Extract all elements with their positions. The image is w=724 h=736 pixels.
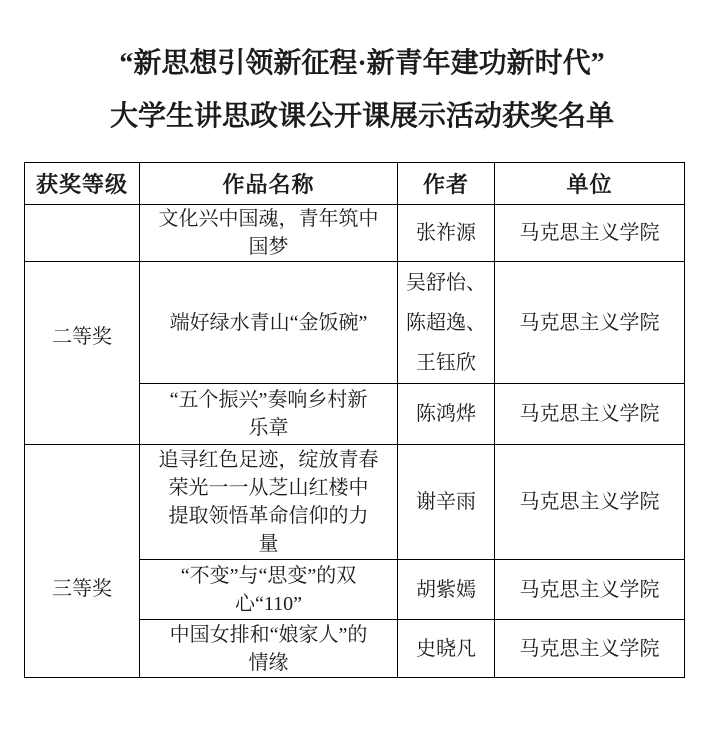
author-cell: 史晓凡 (398, 620, 495, 678)
col-header-unit: 单位 (495, 163, 685, 205)
col-header-work-title: 作品名称 (140, 163, 398, 205)
award-level-cell-second-prize: 二等奖 (25, 262, 140, 445)
unit-cell: 马克思主义学院 (495, 620, 685, 678)
title-line-2: 大学生讲思政课公开课展示活动获奖名单 (0, 90, 724, 143)
author-cell: 陈鸿烨 (398, 384, 495, 445)
unit-cell: 马克思主义学院 (495, 560, 685, 620)
document-title: “新思想引领新征程·新青年建功新时代” 大学生讲思政课公开课展示活动获奖名单 (0, 37, 724, 143)
author-cell: 吴舒怡、 陈超逸、 王钰欣 (398, 262, 495, 384)
table-row: 三等奖 追寻红色足迹，绽放青春 荣光一一从芝山红楼中 提取领悟革命信仰的力 量 … (25, 445, 685, 560)
col-header-author: 作者 (398, 163, 495, 205)
unit-cell: 马克思主义学院 (495, 205, 685, 262)
unit-cell: 马克思主义学院 (495, 445, 685, 560)
work-title-cell: 追寻红色足迹，绽放青春 荣光一一从芝山红楼中 提取领悟革命信仰的力 量 (140, 445, 398, 560)
award-table: 获奖等级 作品名称 作者 单位 文化兴中国魂，青年筑中 国梦 张祚源 马克思主义… (24, 162, 685, 678)
work-title-cell: 文化兴中国魂，青年筑中 国梦 (140, 205, 398, 262)
author-cell: 胡紫嫣 (398, 560, 495, 620)
author-cell: 谢辛雨 (398, 445, 495, 560)
work-title-cell: 端好绿水青山“金饭碗” (140, 262, 398, 384)
award-level-cell-empty (25, 205, 140, 262)
col-header-award-level: 获奖等级 (25, 163, 140, 205)
title-line-1: “新思想引领新征程·新青年建功新时代” (0, 37, 724, 90)
table-row: 文化兴中国魂，青年筑中 国梦 张祚源 马克思主义学院 (25, 205, 685, 262)
work-title-cell: 中国女排和“娘家人”的 情缘 (140, 620, 398, 678)
unit-cell: 马克思主义学院 (495, 384, 685, 445)
work-title-cell: “不变”与“思变”的双 心“110” (140, 560, 398, 620)
author-cell: 张祚源 (398, 205, 495, 262)
award-level-cell-third-prize: 三等奖 (25, 445, 140, 678)
work-title-cell: “五个振兴”奏响乡村新 乐章 (140, 384, 398, 445)
unit-cell: 马克思主义学院 (495, 262, 685, 384)
table-row: 二等奖 端好绿水青山“金饭碗” 吴舒怡、 陈超逸、 王钰欣 马克思主义学院 (25, 262, 685, 384)
table-header-row: 获奖等级 作品名称 作者 单位 (25, 163, 685, 205)
